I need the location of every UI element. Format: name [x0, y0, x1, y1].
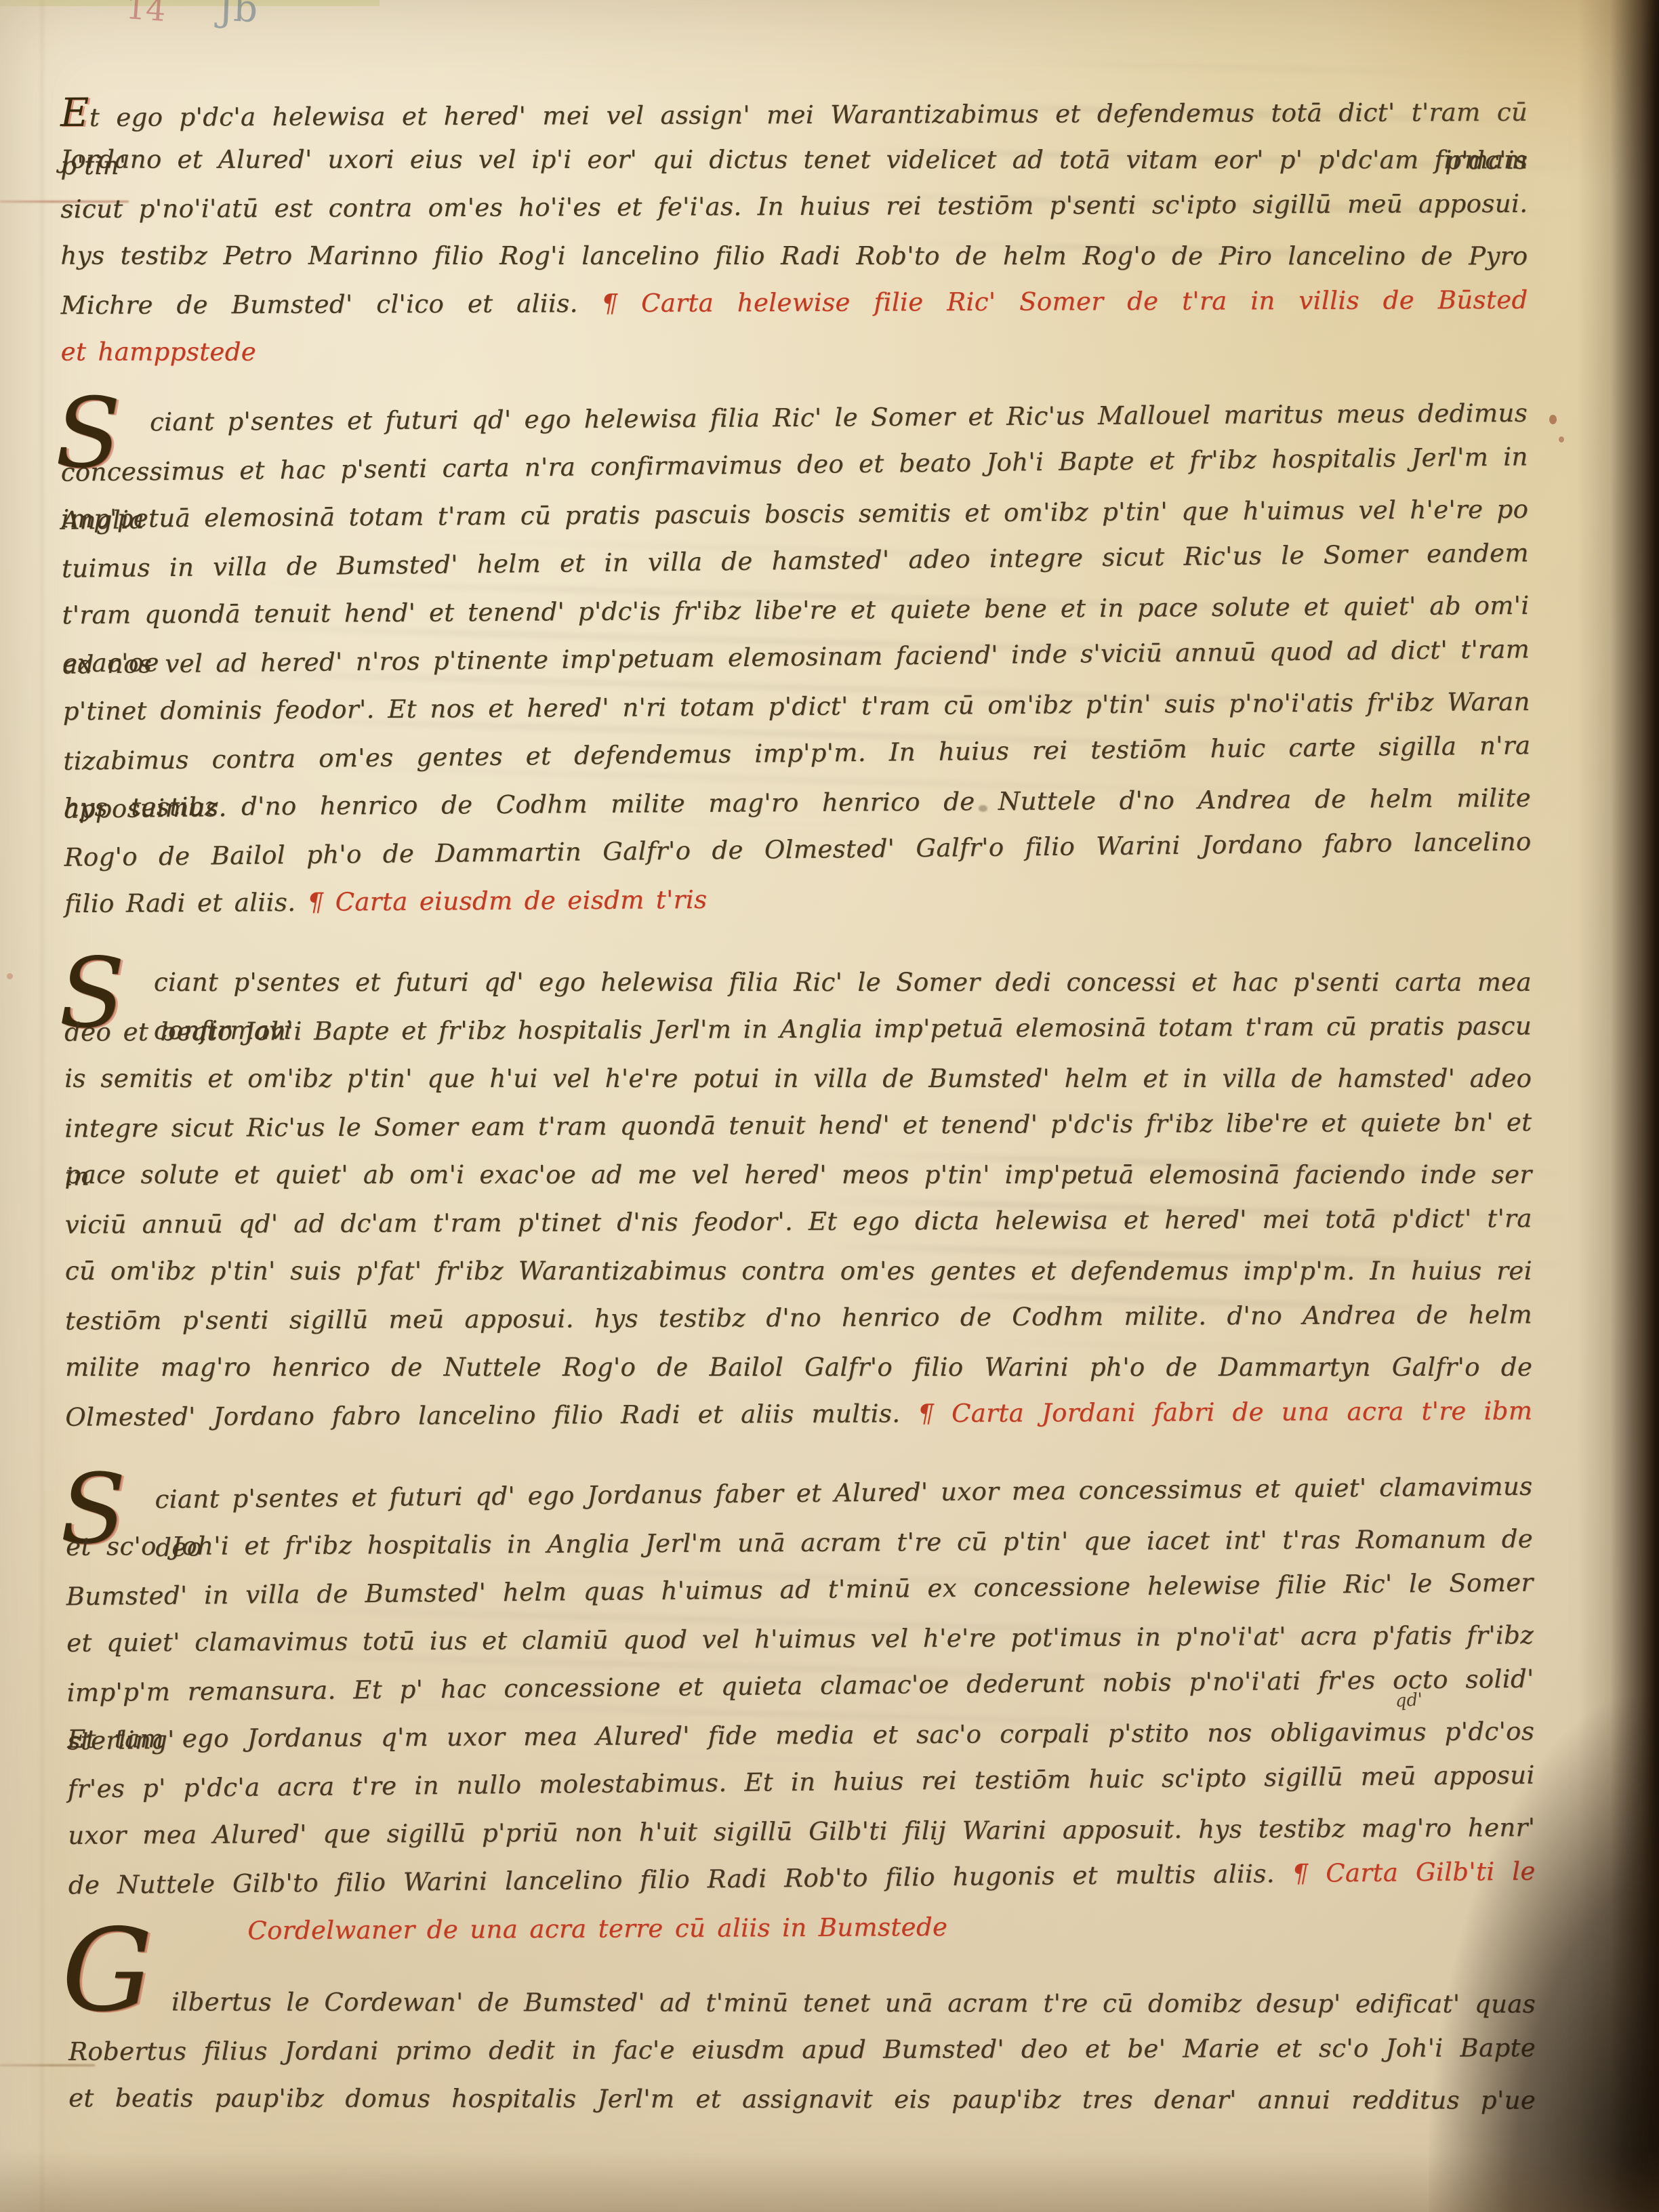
line-text: et quiet' clamavimus totū ius et clamiū …	[66, 1620, 1534, 1658]
text-line: ciant p'sentes et futuri qd' ego helewis…	[64, 958, 1532, 1006]
text-line: deo et beato Joh'i Bapte et fr'ibz hospi…	[64, 1002, 1532, 1056]
bottom-edge-shade	[0, 2151, 1659, 2212]
rubric-text: Cordelwaner de una acra terre cū aliis i…	[247, 1912, 947, 1946]
line-text: et beatis paup'ibz domus hospitalis Jerl…	[68, 2083, 1536, 2114]
text-line: ilbertus le Cordewan' de Bumsted' ad t'm…	[68, 1978, 1536, 2028]
text-line: filio Radi et aliis. ¶ Carta eiusdm de e…	[64, 870, 1532, 928]
charter-paragraph-gilbert-cordewaner: G ilbertus le Cordewan' de Bumsted' ad t…	[68, 1978, 1536, 2123]
line-text: cū om'ibz p'tin' suis p'fat' fr'ibz Wara…	[65, 1256, 1532, 1286]
text-block: Et ego p'dc'a helewisa et hered' mei vel…	[60, 83, 1536, 2125]
rubric-line: Cordelwaner de una acra terre cū aliis i…	[68, 1900, 1536, 1956]
line-text: Olmested' Jordano fabro lancelino filio …	[65, 1399, 900, 1431]
line-text: de Nuttele Gilb'to filio Warini lancelin…	[68, 1859, 1275, 1900]
text-line: integre sicut Ric'us le Somer eam t'ram …	[64, 1098, 1532, 1152]
line-text: fr'es p' p'dc'a acra t're in nullo moles…	[68, 1761, 1535, 1804]
top-edge-tint	[0, 0, 380, 6]
line-text: uxor mea Alured' que sigillū p'priū non …	[68, 1813, 1535, 1850]
rubric-line: et hamppstede	[61, 328, 1528, 377]
line-text: testiōm p'senti sigillū meū apposui. hys…	[65, 1300, 1532, 1335]
text-line: is semitis et om'ibz p'tin' que h'ui vel…	[64, 1054, 1532, 1103]
line-text: is semitis et om'ibz p'tin' que h'ui vel…	[64, 1064, 1532, 1093]
charter-paragraph-helewisa-grant: S ciant p'sentes et futuri qd' ego helew…	[60, 387, 1532, 929]
charter-paragraph-jordan-faber: S qd' ciant p'sentes et futuri qd' ego J…	[65, 1465, 1536, 1957]
line-text: ad nos vel ad hered' n'ros p'tinente imp…	[62, 634, 1530, 679]
line-text: imp'petuā elemosinā totam t'ram cū prati…	[61, 495, 1528, 533]
line-text: Michre de Bumsted' cl'ico et aliis.	[60, 289, 577, 320]
line-text: ilbertus le Cordewan' de Bumsted' ad t'm…	[171, 1988, 1536, 2019]
text-line: et beatis paup'ibz domus hospitalis Jerl…	[68, 2074, 1536, 2124]
text-line: Robertus filius Jordani primo dedit in f…	[68, 2024, 1536, 2076]
rubric-text: ¶ Carta helewise filie Ric' Somer de t'r…	[601, 285, 1528, 318]
text-line: testiōm p'senti sigillū meū apposui. hys…	[65, 1290, 1532, 1345]
rubric-text: ¶ Carta eiusdm de eisdm t'ris	[307, 885, 707, 917]
line-text: Rog'o de Bailol ph'o de Dammartin Galfr'…	[64, 827, 1531, 872]
initial-letter: E	[60, 89, 89, 136]
bottom-right-shadow	[1429, 1697, 1659, 2212]
line-text: filio Radi et aliis.	[64, 888, 295, 918]
line-text: viciū annuū qd' ad dc'am t'ram p'tinet d…	[65, 1204, 1532, 1239]
line-text: hys testibz d'no henrico de Codhm milite…	[64, 783, 1531, 822]
manuscript-page-photo: 14 Jb Et ego p'dc'a helewisa et hered' m…	[0, 0, 1659, 2212]
text-line: Michre de Bumsted' cl'ico et aliis. ¶ Ca…	[60, 276, 1528, 329]
line-text: hys testibz Petro Marinno filio Rog'i la…	[60, 241, 1528, 271]
line-text: pace solute et quiet' ab om'i exac'oe ad…	[65, 1160, 1532, 1189]
page-left-edge	[0, 0, 53, 2212]
line-text: Robertus filius Jordani primo dedit in f…	[68, 2033, 1536, 2066]
text-line: milite mag'ro henrico de Nuttele Rog'o d…	[65, 1343, 1532, 1391]
folio-mark-red: 14	[125, 0, 167, 28]
line-text: p'tinet dominis feodor'. Et nos et hered…	[63, 687, 1530, 726]
rust-stain	[1549, 415, 1557, 424]
text-line: hys testibz Petro Marinno filio Rog'i la…	[60, 232, 1528, 281]
line-text: Et tam ego Jordanus q'm uxor mea Alured'…	[67, 1717, 1534, 1754]
text-line: pace solute et quiet' ab om'i exac'oe ad…	[65, 1151, 1532, 1199]
rust-stain	[1559, 436, 1564, 443]
text-line: viciū annuū qd' ad dc'am t'ram p'tinet d…	[65, 1194, 1532, 1248]
rubric-text: et hamppstede	[61, 337, 256, 367]
text-line: Olmested' Jordano fabro lancelino filio …	[65, 1387, 1532, 1441]
line-text: Bumsted' in villa de Bumsted' helm quas …	[66, 1568, 1533, 1612]
charter-paragraph-helewisa-second-grant: S ciant p'sentes et futuri qd' ego helew…	[64, 956, 1533, 1441]
rubric-text: ¶ Carta Jordani fabri de una acra t're i…	[918, 1396, 1532, 1428]
line-text: deo et beato Joh'i Bapte et fr'ibz hospi…	[64, 1011, 1532, 1046]
text-line: cū om'ibz p'tin' suis p'fat' fr'ibz Wara…	[65, 1247, 1532, 1295]
line-text: tuimus in villa de Bumsted' helm et in v…	[62, 538, 1529, 583]
text-line: ciant p'sentes et futuri qd' ego Jordanu…	[65, 1462, 1533, 1525]
line-text: milite mag'ro henrico de Nuttele Rog'o d…	[65, 1353, 1532, 1382]
folio-mark-blue: Jb	[218, 0, 259, 31]
line-text: et sc'o Joh'i et fr'ibz hospitalis in An…	[66, 1524, 1533, 1561]
line-text: ciant p'sentes et futuri qd' ego helewis…	[150, 398, 1528, 436]
